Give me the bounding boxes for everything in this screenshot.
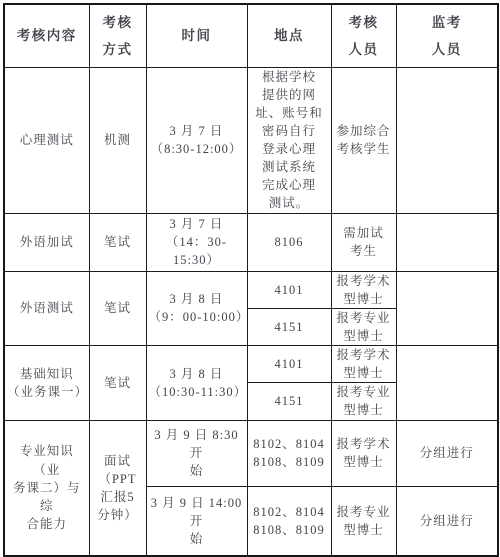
cell-staff: 报考学术 型博士 [331, 420, 396, 486]
cell-invigilator [396, 213, 498, 271]
cell-method: 面试 （PPT 汇报5 分钟） [89, 420, 146, 556]
cell-location: 4101 [247, 271, 331, 308]
cell-method: 机测 [89, 67, 146, 213]
cell-staff: 需加试 考生 [331, 213, 396, 271]
cell-content: 专业知识（业 务课二）与综 合能力 [4, 420, 89, 556]
cell-location: 根据学校 提供的网 址、账号和 密码自行 登录心理 测试系统 完成心理 测试。 [247, 67, 331, 213]
cell-content: 基础知识 （业务课一） [4, 346, 89, 421]
cell-location: 4151 [247, 308, 331, 345]
header-location: 地点 [247, 4, 331, 67]
cell-invigilator [396, 346, 498, 421]
cell-invigilator: 分组进行 [396, 420, 498, 486]
cell-staff: 报考学术 型博士 [331, 271, 396, 308]
table-row-psych-test: 心理测试 机测 3 月 7 日 （8:30-12:00） 根据学校 提供的网 址… [4, 67, 498, 213]
table-row-professional-knowledge-a: 专业知识（业 务课二）与综 合能力 面试 （PPT 汇报5 分钟） 3 月 9 … [4, 420, 498, 486]
cell-location: 4151 [247, 383, 331, 420]
cell-content: 外语加试 [4, 213, 89, 271]
cell-staff: 报考学术 型博士 [331, 346, 396, 383]
header-row: 考核内容 考核 方式 时间 地点 考核 人员 监考 人员 [4, 4, 498, 67]
cell-invigilator: 分组进行 [396, 486, 498, 556]
cell-location: 4101 [247, 346, 331, 383]
cell-time: 3 月 8 日 （9：00-10:00） [146, 271, 247, 346]
cell-content: 外语测试 [4, 271, 89, 346]
cell-staff: 报考专业 型博士 [331, 486, 396, 556]
cell-method: 笔试 [89, 271, 146, 346]
cell-staff: 报考专业 型博士 [331, 308, 396, 345]
header-assessment-staff: 考核 人员 [331, 4, 396, 67]
cell-staff: 报考专业 型博士 [331, 383, 396, 420]
cell-method: 笔试 [89, 346, 146, 421]
cell-location: 8102、8104 8108、8109 [247, 486, 331, 556]
table-row-basic-knowledge-a: 基础知识 （业务课一） 笔试 3 月 8 日 （10:30-11:30） 410… [4, 346, 498, 383]
cell-time: 3 月 9 日 8:30 开 始 [146, 420, 247, 486]
cell-time: 3 月 7 日 （8:30-12:00） [146, 67, 247, 213]
cell-location: 8102、8104 8108、8109 [247, 420, 331, 486]
cell-invigilator [396, 271, 498, 346]
cell-time: 3 月 8 日 （10:30-11:30） [146, 346, 247, 421]
table-row-foreign-lang-extra: 外语加试 笔试 3 月 7 日 （14：30-15:30） 8106 需加试 考… [4, 213, 498, 271]
cell-time: 3 月 7 日 （14：30-15:30） [146, 213, 247, 271]
header-time: 时间 [146, 4, 247, 67]
cell-method: 笔试 [89, 213, 146, 271]
cell-invigilator [396, 67, 498, 213]
header-assessment-method: 考核 方式 [89, 4, 146, 67]
header-invigilator: 监考 人员 [396, 4, 498, 67]
cell-location: 8106 [247, 213, 331, 271]
document-page: 考核内容 考核 方式 时间 地点 考核 人员 监考 人员 心理测试 机测 3 月… [0, 0, 500, 543]
cell-content: 心理测试 [4, 67, 89, 213]
exam-schedule-table: 考核内容 考核 方式 时间 地点 考核 人员 监考 人员 心理测试 机测 3 月… [3, 3, 499, 557]
header-assessment-content: 考核内容 [4, 4, 89, 67]
cell-staff: 参加综合 考核学生 [331, 67, 396, 213]
cell-time: 3 月 9 日 14:00 开 始 [146, 486, 247, 556]
table-row-foreign-lang-test-a: 外语测试 笔试 3 月 8 日 （9：00-10:00） 4101 报考学术 型… [4, 271, 498, 308]
